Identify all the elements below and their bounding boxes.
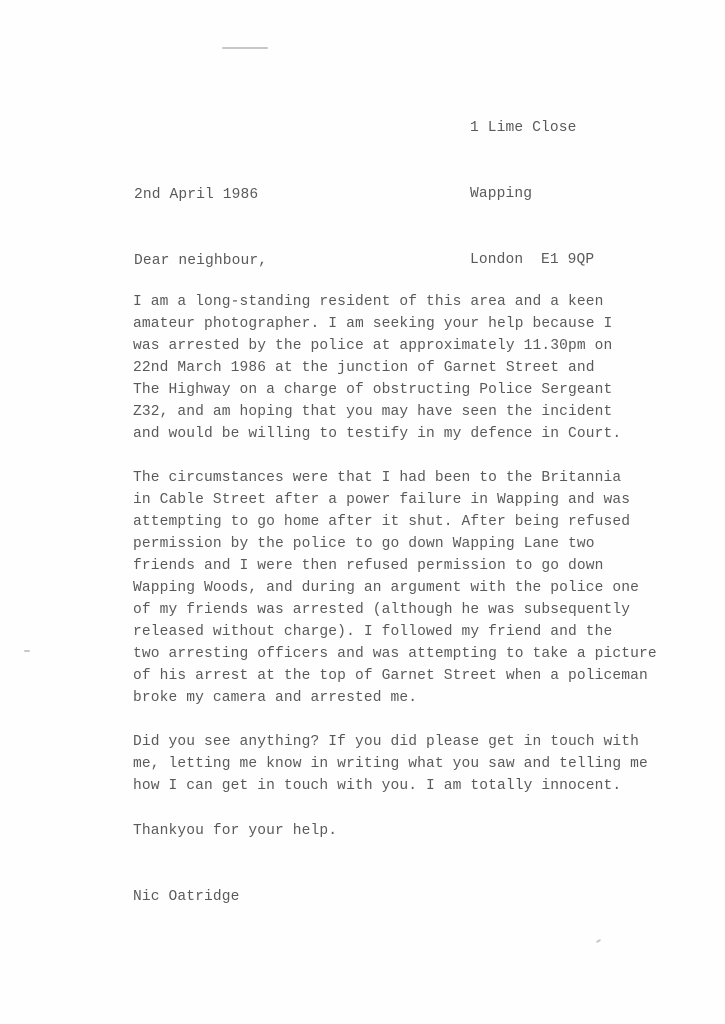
paragraph-line: two arresting officers and was attemptin… [133,643,657,665]
sender-address: 1 Lime Close Wapping London E1 9QP [470,73,594,315]
letter-date: 2nd April 1986 [134,184,258,206]
ink-smudge [222,47,268,49]
paragraph-3: Did you see anything? If you did please … [133,731,648,797]
paragraph-line: Z32, and am hoping that you may have see… [133,401,621,423]
paragraph-line: permission by the police to go down Wapp… [133,533,657,555]
signature: Nic Oatridge [133,886,240,908]
paragraph-line: The circumstances were that I had been t… [133,467,657,489]
paper-mark [24,650,30,652]
address-line-1: 1 Lime Close [470,117,594,139]
letter-page: 1 Lime Close Wapping London E1 9QP 2nd A… [0,0,725,1024]
paragraph-line: amateur photographer. I am seeking your … [133,313,621,335]
paragraph-line: of my friends was arrested (although he … [133,599,657,621]
paragraph-line: Did you see anything? If you did please … [133,731,648,753]
paragraph-line: and would be willing to testify in my de… [133,423,621,445]
paragraph-line: broke my camera and arrested me. [133,687,657,709]
paragraph-line: me, letting me know in writing what you … [133,753,648,775]
paragraph-line: in Cable Street after a power failure in… [133,489,657,511]
paragraph-line: attempting to go home after it shut. Aft… [133,511,657,533]
paper-mark [596,939,601,943]
closing-line: Thankyou for your help. [133,820,337,842]
paragraph-line: of his arrest at the top of Garnet Stree… [133,665,657,687]
paragraph-2: The circumstances were that I had been t… [133,467,657,709]
paragraph-line: 22nd March 1986 at the junction of Garne… [133,357,621,379]
paragraph-line: I am a long-standing resident of this ar… [133,291,621,313]
paragraph-line: The Highway on a charge of obstructing P… [133,379,621,401]
address-line-3: London E1 9QP [470,249,594,271]
address-line-2: Wapping [470,183,594,205]
paragraph-line: was arrested by the police at approximat… [133,335,621,357]
paragraph-1: I am a long-standing resident of this ar… [133,291,621,445]
paragraph-line: Wapping Woods, and during an argument wi… [133,577,657,599]
paragraph-line: how I can get in touch with you. I am to… [133,775,648,797]
paragraph-line: friends and I were then refused permissi… [133,555,657,577]
salutation: Dear neighbour, [134,250,267,272]
paragraph-line: released without charge). I followed my … [133,621,657,643]
